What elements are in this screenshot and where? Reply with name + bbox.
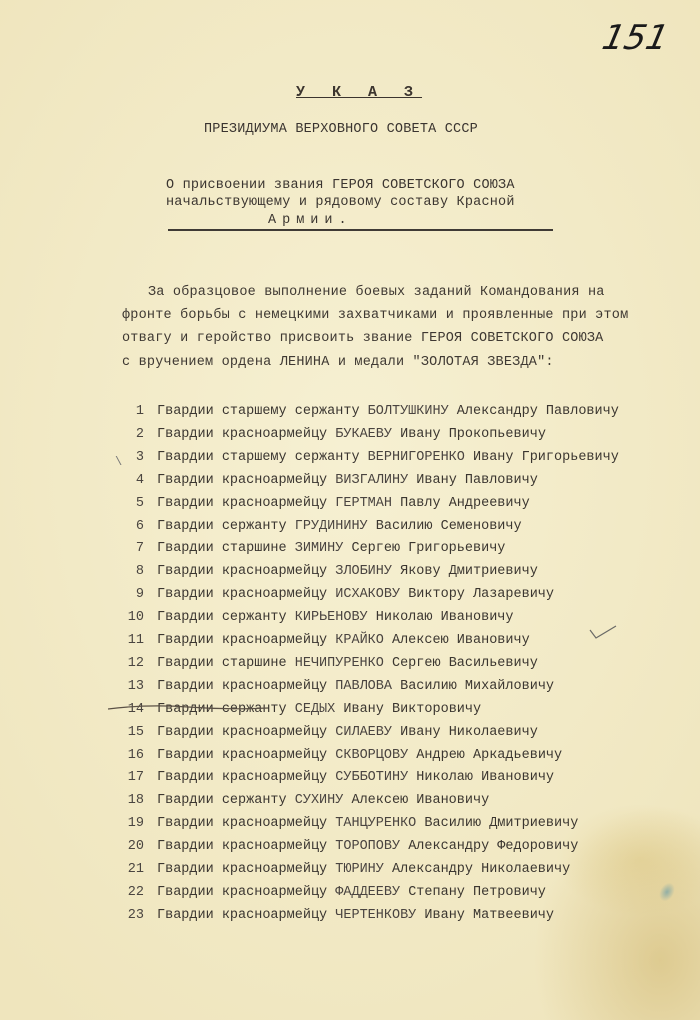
awardee-number: 10	[122, 610, 144, 625]
awardee-surname: ИСХАКОВУ	[335, 587, 400, 602]
awardee-number: 9	[122, 587, 144, 602]
awardee-rank: сержанту	[222, 519, 287, 534]
awardee-prefix: Гвардии	[157, 610, 214, 625]
awardee-given-name: Сергею Васильевичу	[392, 656, 538, 671]
awardee-prefix: Гвардии	[157, 656, 214, 671]
awardee-rank: красноармейцу	[222, 725, 327, 740]
handwritten-page-number: 151	[599, 18, 672, 58]
awardee-entry: Гвардии старшему сержанту БОЛТУШКИНУ Але…	[157, 404, 619, 419]
awardee-given-name: Ивану Николаевичу	[400, 725, 538, 740]
awardee-given-name: Алексею Ивановичу	[392, 633, 530, 648]
awardee-number: 8	[122, 564, 144, 579]
awardee-surname: ТОРОПОВУ	[335, 839, 400, 854]
awardee-prefix: Гвардии	[157, 404, 214, 419]
awardee-entry: Гвардии красноармейцу ГЕРТМАН Павлу Андр…	[157, 496, 530, 511]
awardee-number: 15	[122, 725, 144, 740]
awardee-surname: ВИЗГАЛИНУ	[335, 473, 408, 488]
awardee-surname: ЗЛОБИНУ	[335, 564, 392, 579]
awardee-surname: ВЕРНИГОРЕНКО	[368, 450, 465, 465]
awardee-entry: Гвардии красноармейцу БУКАЕВУ Ивану Прок…	[157, 427, 546, 442]
awardee-entry: Гвардии сержанту ГРУДИНИНУ Василию Семен…	[157, 519, 522, 534]
awardee-number: 2	[122, 427, 144, 442]
awardee-number: 11	[122, 633, 144, 648]
awardee-rank: красноармейцу	[222, 748, 327, 763]
awardee-given-name: Василию Дмитриевичу	[424, 816, 578, 831]
awardee-given-name: Виктору Лазаревичу	[408, 587, 554, 602]
awardee-number: 18	[122, 793, 144, 808]
awardee-rank: старшине	[222, 541, 287, 556]
awardee-rank: красноармейцу	[222, 587, 327, 602]
document-page: 151 У К А З ПРЕЗИДИУМА ВЕРХОВНОГО СОВЕТА…	[0, 0, 700, 1020]
awardee-surname: ТАНЦУРЕНКО	[335, 816, 416, 831]
awardee-entry: Гвардии красноармейцу ЧЕРТЕНКОВУ Ивану М…	[157, 908, 554, 923]
awardee-surname: БУКАЕВУ	[335, 427, 392, 442]
awardee-entry: Гвардии красноармейцу ЗЛОБИНУ Якову Дмит…	[157, 564, 538, 579]
awardee-prefix: Гвардии	[157, 519, 214, 534]
awardee-given-name: Александру Павловичу	[457, 404, 619, 419]
awardee-number: 3	[122, 450, 144, 465]
preamble-line-1: За образцовое выполнение боевых заданий …	[148, 285, 605, 300]
awardee-number: 16	[122, 748, 144, 763]
awardee-entry: Гвардии старшине ЗИМИНУ Сергею Григорьев…	[157, 541, 505, 556]
awardee-number: 23	[122, 908, 144, 923]
awardee-given-name: Александру Федоровичу	[408, 839, 578, 854]
heading-line-2: начальствующему и рядовому составу Красн…	[166, 195, 515, 210]
awardee-given-name: Николаю Ивановичу	[416, 770, 554, 785]
awardee-entry: Гвардии сержанту СУХИНУ Алексею Иванович…	[157, 793, 489, 808]
awardee-surname: СУББОТИНУ	[335, 770, 408, 785]
awardee-surname: КРАЙКО	[335, 633, 384, 648]
awardee-entry: Гвардии старшему сержанту ВЕРНИГОРЕНКО И…	[157, 450, 619, 465]
awardee-given-name: Павлу Андреевичу	[400, 496, 530, 511]
awardee-surname: ГРУДИНИНУ	[295, 519, 368, 534]
awardee-prefix: Гвардии	[157, 816, 214, 831]
awardee-rank: красноармейцу	[222, 839, 327, 854]
awardee-rank: красноармейцу	[222, 564, 327, 579]
awardee-number: 22	[122, 885, 144, 900]
ink-stain	[656, 880, 678, 904]
preamble-line-4: с вручением ордена ЛЕНИНА и медали "ЗОЛО…	[122, 355, 554, 370]
awardee-prefix: Гвардии	[157, 541, 214, 556]
awardee-number: 19	[122, 816, 144, 831]
awardee-number: 1	[122, 404, 144, 419]
awardee-given-name: Якову Дмитриевичу	[400, 564, 538, 579]
awardee-given-name: Степану Петровичу	[408, 885, 546, 900]
awardee-entry: Гвардии сержанту КИРЬЕНОВУ Николаю Ивано…	[157, 610, 514, 625]
awardee-prefix: Гвардии	[157, 633, 214, 648]
awardee-rank: красноармейцу	[222, 679, 327, 694]
awardee-prefix: Гвардии	[157, 908, 214, 923]
awardee-prefix: Гвардии	[157, 793, 214, 808]
awardee-given-name: Ивану Павловичу	[416, 473, 538, 488]
awardee-prefix: Гвардии	[157, 679, 214, 694]
awardee-entry: Гвардии красноармейцу ТЮРИНУ Александру …	[157, 862, 570, 877]
awardee-entry: Гвардии красноармейцу ИСХАКОВУ Виктору Л…	[157, 587, 554, 602]
awardee-surname: НЕЧИПУРЕНКО	[295, 656, 384, 671]
awardee-prefix: Гвардии	[157, 770, 214, 785]
awardee-surname: ЗИМИНУ	[295, 541, 344, 556]
awardee-number: 17	[122, 770, 144, 785]
awardee-surname: ГЕРТМАН	[335, 496, 392, 511]
awardee-prefix: Гвардии	[157, 748, 214, 763]
awardee-prefix: Гвардии	[157, 473, 214, 488]
awardee-rank: красноармейцу	[222, 473, 327, 488]
awardee-prefix: Гвардии	[157, 427, 214, 442]
pencil-checkmark-icon	[588, 622, 618, 642]
awardee-rank: красноармейцу	[222, 816, 327, 831]
awardee-given-name: Василию Михайловичу	[400, 679, 554, 694]
awardee-surname: СИЛАЕВУ	[335, 725, 392, 740]
awardee-entry: Гвардии красноармейцу СКВОРЦОВУ Андрею А…	[157, 748, 562, 763]
awardee-surname: СЕДЫХ	[295, 702, 336, 717]
awardee-entry: Гвардии красноармейцу ТОРОПОВУ Александр…	[157, 839, 578, 854]
awardee-surname: ПАВЛОВА	[335, 679, 392, 694]
awardee-number: 7	[122, 541, 144, 556]
awardee-prefix: Гвардии	[157, 839, 214, 854]
awardee-surname: КИРЬЕНОВУ	[295, 610, 368, 625]
awardee-given-name: Александру Николаевичу	[392, 862, 570, 877]
awardee-rank: красноармейцу	[222, 427, 327, 442]
awardee-surname: СУХИНУ	[295, 793, 344, 808]
awardee-prefix: Гвардии	[157, 885, 214, 900]
awardee-rank: красноармейцу	[222, 633, 327, 648]
pencil-tick-mark: \	[115, 455, 122, 469]
awardee-entry: Гвардии красноармейцу КРАЙКО Алексею Ива…	[157, 633, 530, 648]
awardee-prefix: Гвардии	[157, 862, 214, 877]
awardee-number: 4	[122, 473, 144, 488]
pencil-underline-mark	[108, 703, 268, 713]
awardee-given-name: Ивану Матвеевичу	[424, 908, 554, 923]
awardee-prefix: Гвардии	[157, 725, 214, 740]
awardee-given-name: Ивану Прокопьевичу	[400, 427, 546, 442]
awardee-rank: старшине	[222, 656, 287, 671]
awardee-rank: красноармейцу	[222, 908, 327, 923]
awardee-entry: Гвардии красноармейцу ПАВЛОВА Василию Ми…	[157, 679, 554, 694]
awardee-number: 12	[122, 656, 144, 671]
awardee-surname: ТЮРИНУ	[335, 862, 384, 877]
awardee-rank: сержанту	[222, 610, 287, 625]
awardee-given-name: Николаю Ивановичу	[376, 610, 514, 625]
awardee-given-name: Сергею Григорьевичу	[351, 541, 505, 556]
awardee-prefix: Гвардии	[157, 564, 214, 579]
awardee-entry: Гвардии красноармейцу ТАНЦУРЕНКО Василию…	[157, 816, 578, 831]
document-subtitle: ПРЕЗИДИУМА ВЕРХОВНОГО СОВЕТА СССР	[204, 122, 478, 137]
awardee-rank: красноармейцу	[222, 496, 327, 511]
awardee-rank: красноармейцу	[222, 885, 327, 900]
awardee-number: 5	[122, 496, 144, 511]
document-title: У К А З	[296, 84, 422, 101]
awardee-entry: Гвардии красноармейцу СИЛАЕВУ Ивану Нико…	[157, 725, 538, 740]
awardee-number: 13	[122, 679, 144, 694]
awardee-rank: старшему сержанту	[222, 404, 360, 419]
awardee-surname: ФАДДЕЕВУ	[335, 885, 400, 900]
awardee-entry: Гвардии красноармейцу ВИЗГАЛИНУ Ивану Па…	[157, 473, 538, 488]
awardee-given-name: Алексею Ивановичу	[351, 793, 489, 808]
awardee-prefix: Гвардии	[157, 496, 214, 511]
awardee-prefix: Гвардии	[157, 587, 214, 602]
awardee-rank: сержанту	[222, 793, 287, 808]
awardee-surname: БОЛТУШКИНУ	[368, 404, 449, 419]
awardee-entry: Гвардии красноармейцу ФАДДЕЕВУ Степану П…	[157, 885, 546, 900]
awardee-rank: старшему сержанту	[222, 450, 360, 465]
awardee-given-name: Василию Семеновичу	[376, 519, 522, 534]
preamble-line-3: отвагу и геройство присвоить звание ГЕРО…	[122, 331, 603, 346]
heading-rule	[168, 229, 553, 231]
awardee-number: 6	[122, 519, 144, 534]
awardee-rank: красноармейцу	[222, 770, 327, 785]
heading-line-3: Армии.	[268, 213, 353, 228]
heading-line-1: О присвоении звания ГЕРОЯ СОВЕТСКОГО СОЮ…	[166, 178, 515, 193]
awardee-entry: Гвардии красноармейцу СУББОТИНУ Николаю …	[157, 770, 554, 785]
awardee-rank: красноармейцу	[222, 862, 327, 877]
awardee-prefix: Гвардии	[157, 450, 214, 465]
awardee-given-name: Ивану Викторовичу	[343, 702, 481, 717]
awardee-entry: Гвардии старшине НЕЧИПУРЕНКО Сергею Васи…	[157, 656, 538, 671]
awardee-given-name: Андрею Аркадьевичу	[416, 748, 562, 763]
awardee-surname: ЧЕРТЕНКОВУ	[335, 908, 416, 923]
awardee-number: 20	[122, 839, 144, 854]
awardee-given-name: Ивану Григорьевичу	[473, 450, 619, 465]
awardee-number: 21	[122, 862, 144, 877]
preamble-line-2: фронте борьбы с немецкими захватчиками и…	[122, 308, 628, 323]
awardee-surname: СКВОРЦОВУ	[335, 748, 408, 763]
